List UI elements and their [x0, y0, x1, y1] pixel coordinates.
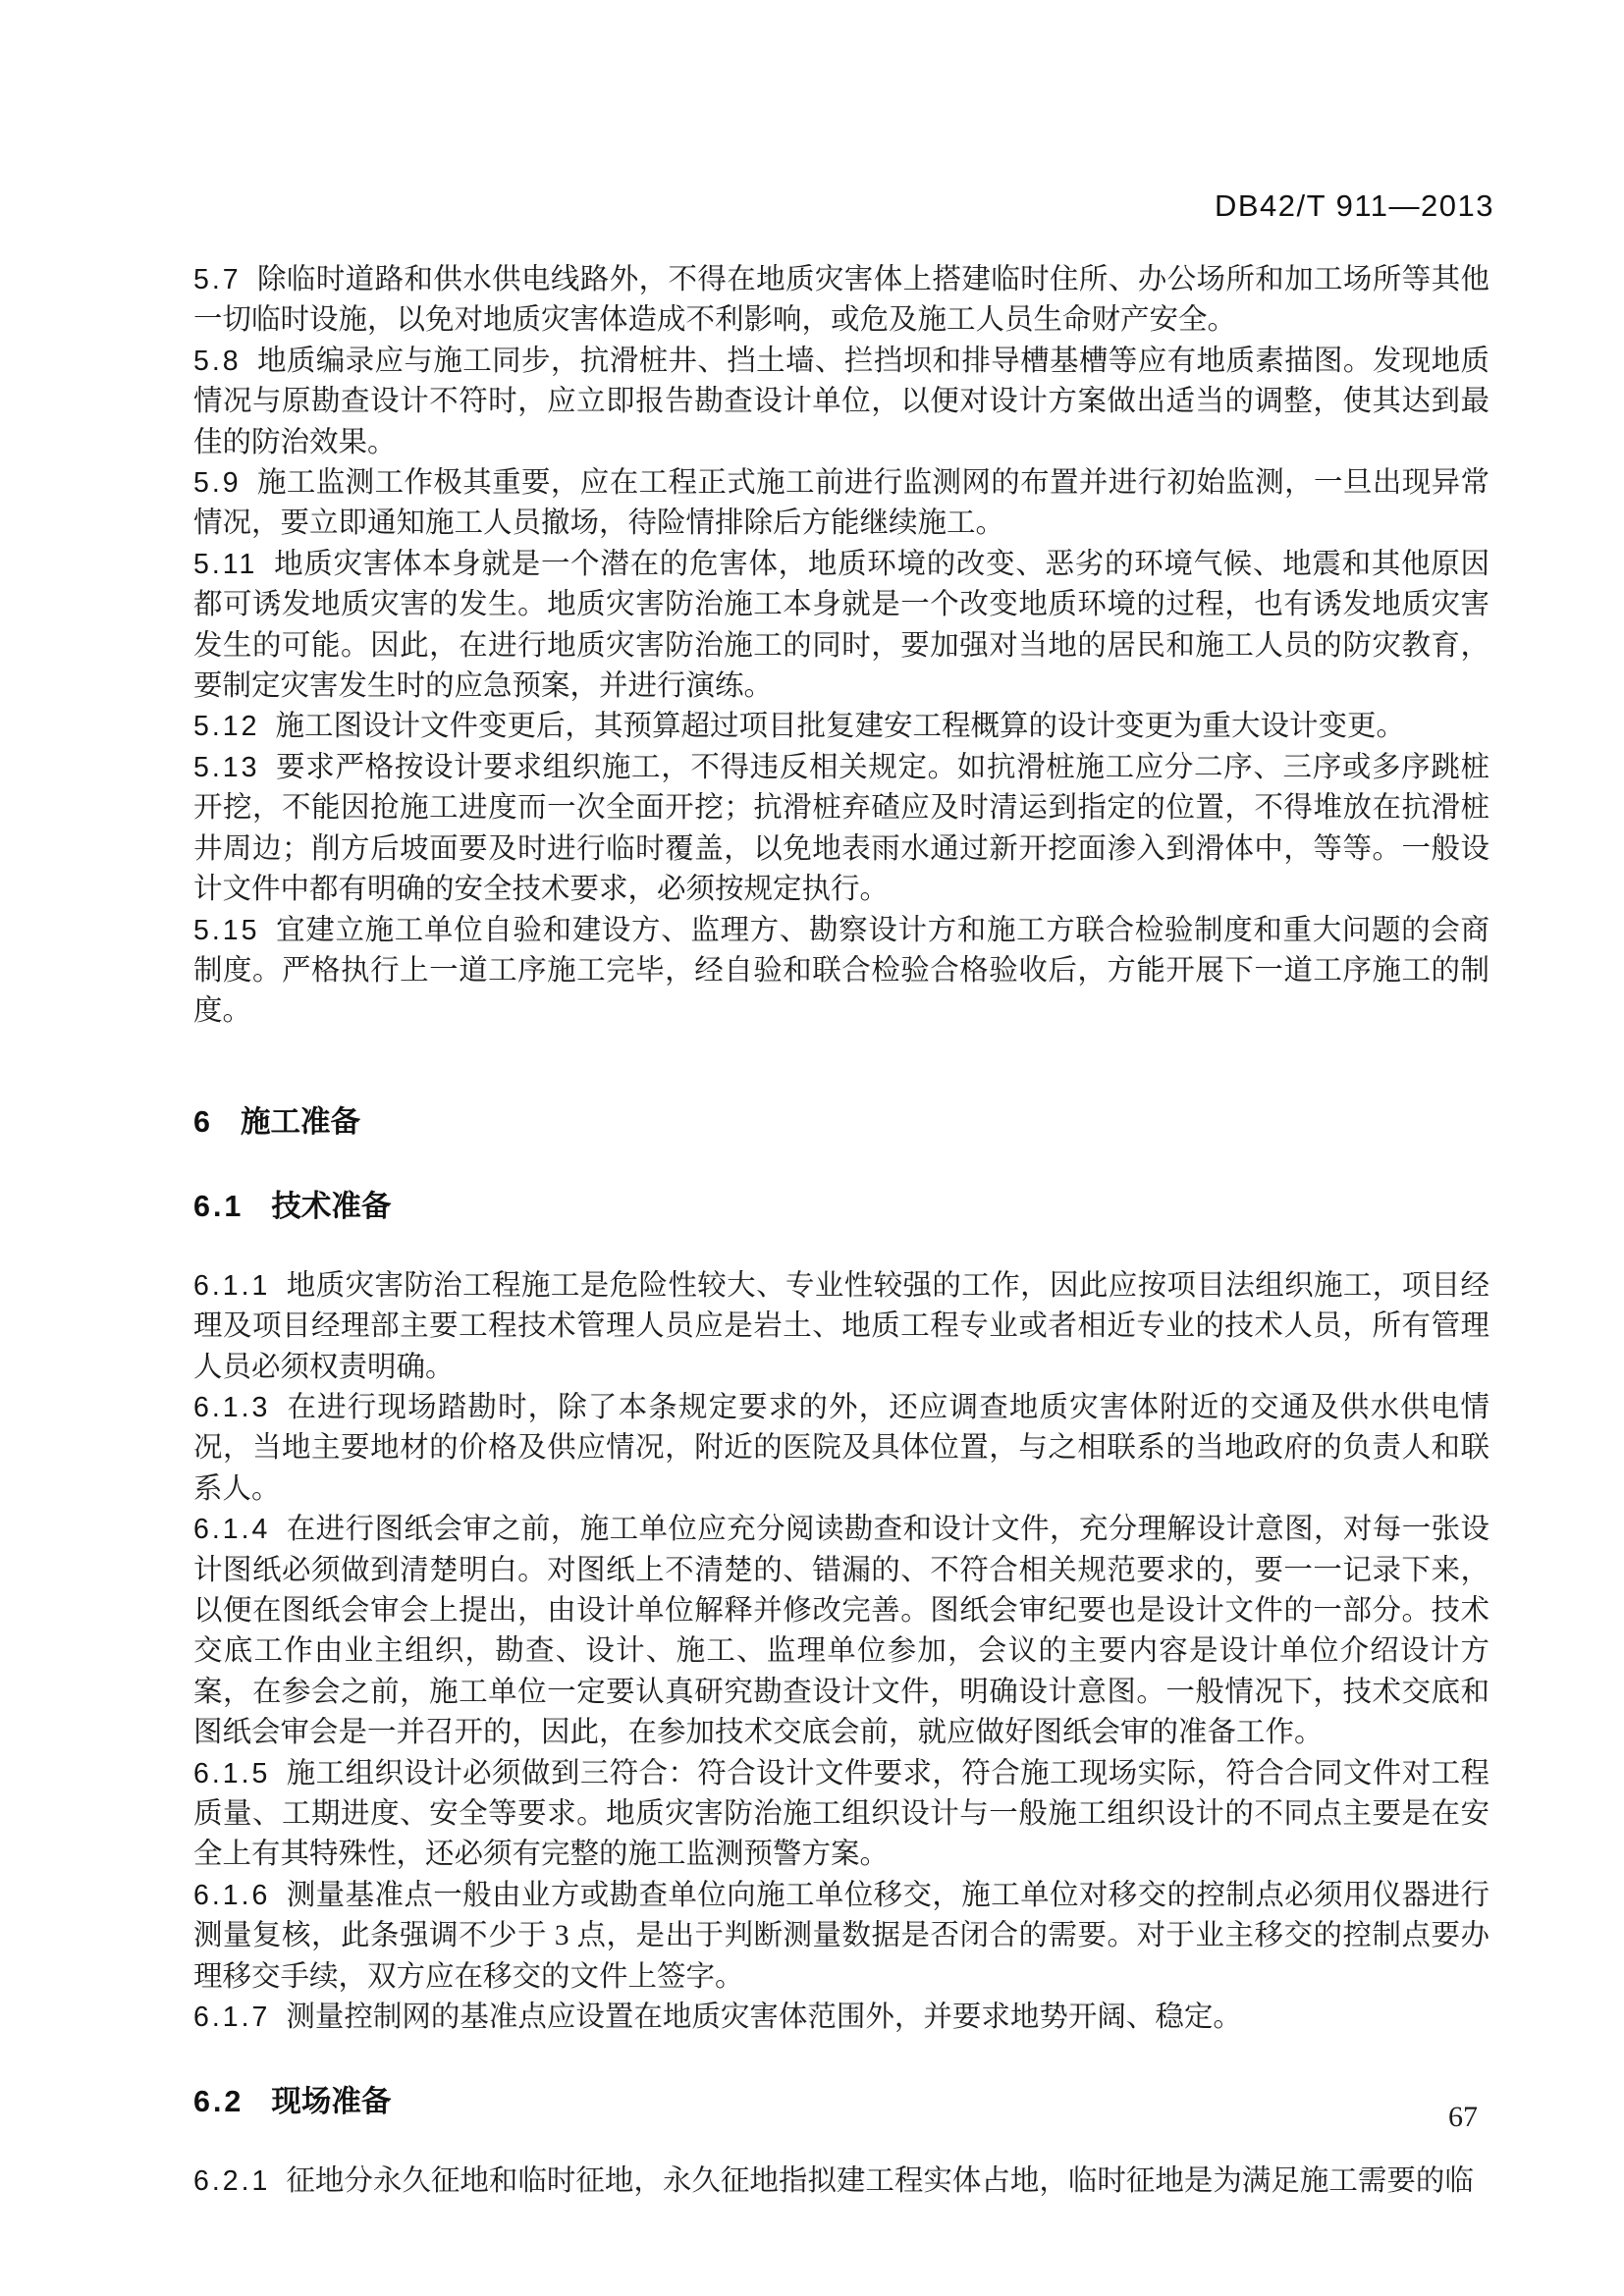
clause-number: 6.1.5 [193, 1758, 270, 1789]
clause-number: 6.1.7 [193, 2002, 270, 2033]
clause-text: 施工图设计文件变更后，其预算超过项目批复建安工程概算的设计变更为重大设计变更。 [275, 711, 1405, 742]
clause-text: 征地分永久征地和临时征地，永久征地指拟建工程实体占地，临时征地是为满足施工需要的… [286, 2165, 1474, 2197]
clause-6-1-3: 6.1.3在进行现场踏勘时，除了本条规定要求的外，还应调查地质灾害体附近的交通及… [193, 1388, 1489, 1510]
clause-text: 宜建立施工单位自验和建设方、监理方、勘察设计方和施工方联合检验制度和重大问题的会… [193, 915, 1489, 1028]
clause-text: 测量控制网的基准点应设置在地质灾害体范围外，并要求地势开阔、稳定。 [286, 2002, 1242, 2033]
clause-number: 6.1.1 [193, 1270, 270, 1302]
clause-number: 5.7 [193, 264, 242, 295]
clause-5-8: 5.8地质编录应与施工同步，抗滑桩井、挡土墙、拦挡坝和排导槽基槽等应有地质素描图… [193, 342, 1489, 463]
clause-text: 施工监测工作极其重要，应在工程正式施工前进行监测网的布置并进行初始监测，一旦出现… [193, 467, 1489, 539]
clause-text: 地质灾害体本身就是一个潜在的危害体，地质环境的改变、恶劣的环境气候、地震和其他原… [193, 549, 1489, 702]
clause-text: 在进行图纸会审之前，施工单位应充分阅读勘查和设计文件，充分理解设计意图，对每一张… [193, 1514, 1489, 1748]
clause-text: 要求严格按设计要求组织施工，不得违反相关规定。如抗滑桩施工应分二序、三序或多序跳… [193, 752, 1489, 905]
clause-number: 6.2.1 [193, 2165, 270, 2197]
clause-5-12: 5.12施工图设计文件变更后，其预算超过项目批复建安工程概算的设计变更为重大设计… [193, 707, 1489, 747]
clause-text: 地质灾害防治工程施工是危险性较大、专业性较强的工作，因此应按项目法组织施工，项目… [193, 1270, 1489, 1383]
clause-number: 5.8 [193, 346, 242, 377]
running-header-standard-code: DB42/T 911—2013 [193, 188, 1494, 224]
clause-6-1-4: 6.1.4在进行图纸会审之前，施工单位应充分阅读勘查和设计文件，充分理解设计意图… [193, 1510, 1489, 1753]
clause-number: 6.1.4 [193, 1514, 270, 1545]
clause-number: 6.1.3 [193, 1392, 270, 1423]
clause-number: 6.1.6 [193, 1880, 270, 1911]
clause-text: 在进行现场踏勘时，除了本条规定要求的外，还应调查地质灾害体附近的交通及供水供电情… [193, 1392, 1489, 1505]
clause-number: 5.12 [193, 711, 259, 742]
document-body: 5.7除临时道路和供水供电线路外，不得在地质灾害体上搭建临时住所、办公场所和加工… [193, 260, 1489, 2203]
clause-number: 5.15 [193, 915, 259, 946]
heading-6: 6施工准备 [193, 1101, 1489, 1143]
clause-text: 施工组织设计必须做到三符合：符合设计文件要求，符合施工现场实际，符合合同文件对工… [193, 1758, 1489, 1871]
clause-text: 地质编录应与施工同步，抗滑桩井、挡土墙、拦挡坝和排导槽基槽等应有地质素描图。发现… [193, 346, 1489, 458]
clause-number: 5.9 [193, 467, 242, 499]
clause-text: 除临时道路和供水供电线路外，不得在地质灾害体上搭建临时住所、办公场所和加工场所等… [193, 264, 1489, 336]
clause-5-7: 5.7除临时道路和供水供电线路外，不得在地质灾害体上搭建临时住所、办公场所和加工… [193, 260, 1489, 342]
clause-text: 测量基准点一般由业方或勘查单位向施工单位移交，施工单位对移交的控制点必须用仪器进… [193, 1880, 1489, 1993]
heading-number: 6 [193, 1105, 213, 1139]
heading-number: 6.1 [193, 1190, 244, 1223]
heading-text: 技术准备 [271, 1190, 391, 1223]
clause-5-9: 5.9施工监测工作极其重要，应在工程正式施工前进行监测网的布置并进行初始监测，一… [193, 463, 1489, 545]
clause-number: 5.11 [193, 549, 257, 580]
clause-6-1-1: 6.1.1地质灾害防治工程施工是危险性较大、专业性较强的工作，因此应按项目法组织… [193, 1266, 1489, 1388]
clause-5-15: 5.15宜建立施工单位自验和建设方、监理方、勘察设计方和施工方联合检验制度和重大… [193, 911, 1489, 1033]
heading-text: 施工准备 [241, 1105, 360, 1139]
clause-number: 5.13 [193, 752, 259, 783]
clause-6-1-7: 6.1.7测量控制网的基准点应设置在地质灾害体范围外，并要求地势开阔、稳定。 [193, 1998, 1489, 2038]
clause-5-13: 5.13要求严格按设计要求组织施工，不得违反相关规定。如抗滑桩施工应分二序、三序… [193, 748, 1489, 911]
clause-6-2-1: 6.2.1征地分永久征地和临时征地，永久征地指拟建工程实体占地，临时征地是为满足… [193, 2162, 1489, 2202]
document-page: DB42/T 911—2013 5.7除临时道路和供水供电线路外，不得在地质灾害… [0, 0, 1624, 2296]
clause-6-1-6: 6.1.6测量基准点一般由业方或勘查单位向施工单位移交，施工单位对移交的控制点必… [193, 1876, 1489, 1998]
clause-6-1-5: 6.1.5施工组织设计必须做到三符合：符合设计文件要求，符合施工现场实际，符合合… [193, 1754, 1489, 1876]
page-number: 67 [193, 2101, 1478, 2134]
clause-5-11: 5.11地质灾害体本身就是一个潜在的危害体，地质环境的改变、恶劣的环境气候、地震… [193, 545, 1489, 708]
heading-6-1: 6.1技术准备 [193, 1186, 1489, 1227]
